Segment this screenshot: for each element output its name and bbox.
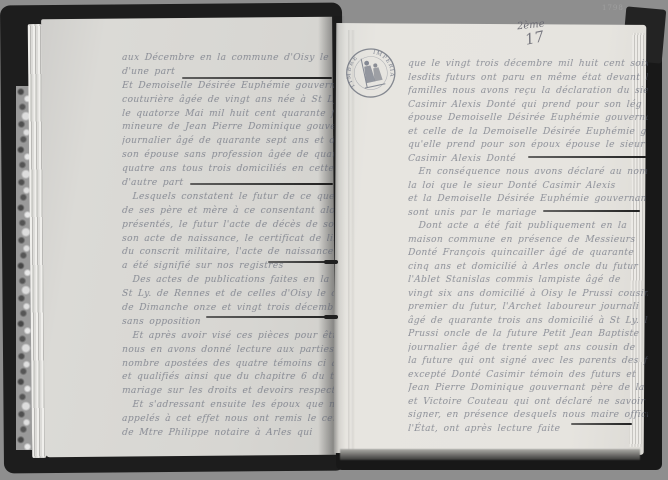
handwriting-line: et qualifiés ainsi que du chapitre 6 du … — [122, 371, 334, 385]
handwriting-line: cinq ans et domicilié à Arles oncle du f… — [408, 261, 648, 275]
handwriting-line: Et s'adressant ensuite les époux que nou… — [122, 399, 334, 413]
handwriting-line: lesdits futurs ont paru en même état dev… — [408, 72, 648, 86]
handwriting-line: mineure de Jean Pierre Dominique gouvern… — [122, 121, 334, 135]
handwriting-line: du conscrit militaire, l'acte de naissan… — [122, 246, 334, 260]
handwriting-line: et Victoire Couteau qui ont déclaré ne s… — [408, 396, 648, 410]
handwriting-line: vingt six ans domicilié à Oisy le Prussi… — [408, 288, 648, 302]
handwriting-line: et la Demoiselle Désirée Euphémie gouver… — [408, 193, 648, 207]
ink-rule — [571, 423, 632, 425]
handwriting-line: Dont acte a été fait publiquement en la — [408, 220, 648, 234]
pencil-mark: 1798 — [602, 4, 624, 12]
handwriting-line: que le vingt trois décembre mil huit cen… — [408, 58, 648, 72]
ink-rule — [206, 316, 338, 318]
handwriting-line: quatre ans tous trois domiciliés en cett… — [122, 163, 334, 177]
ink-rule — [190, 183, 333, 185]
handwriting-line: Des actes de publications faites en la c… — [122, 274, 334, 288]
left-page-text: aux Décembre en la commune d'Oisy le dd'… — [122, 52, 334, 444]
handwriting-line: signer, en présence desquels nous maire … — [408, 409, 648, 423]
handwriting-line: appelés à cet effet nous ont remis le ce… — [122, 413, 334, 427]
handwriting-line: nous en avons donné lecture aux parties — [122, 344, 334, 358]
handwriting-line: de Dimanche onze et vingt trois décembre… — [122, 302, 334, 316]
handwriting-line: St Ly. de Rennes et de celles d'Oisy le … — [122, 288, 334, 302]
handwriting-line: journalier âgé de quarante sept ans et d… — [122, 135, 334, 149]
timbre-imperial-stamp-icon: TIMBRE IMPÉRIAL — [338, 40, 405, 108]
handwriting-line: présentés, le futur l'acte de décès de s… — [122, 219, 334, 233]
handwriting-line: la future qui ont signé avec les parents… — [408, 355, 648, 369]
handwriting-line: Et Demoiselle Désirée Euphémie gouvernan — [122, 80, 334, 94]
handwriting-line: Jean Pierre Dominique gouvernant père de… — [408, 382, 648, 396]
handwriting-line: de ses père et mère à ce consentant alor… — [122, 205, 334, 219]
ink-rule — [182, 77, 332, 79]
page-bottom-shadow — [340, 449, 640, 460]
handwriting-line: la loi que le sieur Donté Casimir Alexis — [408, 180, 648, 194]
ink-rule — [543, 210, 640, 212]
handwriting-line: de Mtre Philippe notaire à Arles qui — [122, 427, 334, 441]
handwriting-line: qu'elle prend pour son époux épouse le s… — [408, 139, 648, 153]
handwriting-line: l'Ablet Stanislas commis lampiste âgé de — [408, 274, 648, 288]
handwriting-line: maison commune en présence de Messieurs — [408, 234, 648, 248]
register-scan: aux Décembre en la commune d'Oisy le dd'… — [0, 0, 668, 480]
handwriting-line: son acte de naissance, le certificat de … — [122, 233, 334, 247]
handwriting-line: Donté François quincailler âgé de quaran… — [408, 247, 648, 261]
handwriting-line: Et après avoir visé ces pièces pour être… — [122, 330, 334, 344]
handwriting-line: son épouse sans profession âgée de quara… — [122, 149, 334, 163]
handwriting-line: excepté Donté Casimir témoin des futurs … — [408, 369, 648, 383]
handwriting-line: En conséquence nous avons déclaré au nom… — [408, 166, 648, 180]
handwriting-line: âgé de quarante trois ans domicilié à St… — [408, 315, 648, 329]
ink-rule — [268, 261, 338, 263]
handwriting-line: familles nous avons reçu la déclaration … — [408, 85, 648, 99]
handwriting-line: Casimir Alexis Donté qui prend pour son … — [408, 99, 648, 113]
handwriting-line: Lesquels constatent le futur de ce que l… — [122, 191, 334, 205]
handwriting-line: journalier âgé de trente sept ans cousin… — [408, 342, 648, 356]
handwriting-line: Casimir Alexis Donté — [408, 153, 648, 167]
handwriting-line: mariage sur les droits et devoirs respec… — [122, 385, 334, 399]
handwriting-line: premier du futur, l'Archet laboureur jou… — [408, 301, 648, 315]
handwriting-line: et celle de la Demoiselle Désirée Euphém… — [408, 126, 648, 140]
handwriting-line: sont unis par le mariage — [408, 207, 648, 221]
handwriting-line: sans opposition — [122, 316, 334, 330]
handwriting-line: couturière âgée de vingt ans née à St Ly… — [122, 94, 334, 108]
handwriting-line: nombre apostées des quatre témoins ci ap… — [122, 358, 334, 372]
ink-rule — [528, 156, 646, 158]
handwriting-line: le quatorze Mai mil huit cent quarante f… — [122, 108, 334, 122]
handwriting-line: Prussi oncle de la future Petit Jean Bap… — [408, 328, 648, 342]
handwriting-line: épouse Demoiselle Désirée Euphémie gouve… — [408, 112, 648, 126]
handwriting-line: aux Décembre en la commune d'Oisy le d — [122, 52, 334, 66]
right-page-text: que le vingt trois décembre mil huit cen… — [408, 58, 648, 440]
